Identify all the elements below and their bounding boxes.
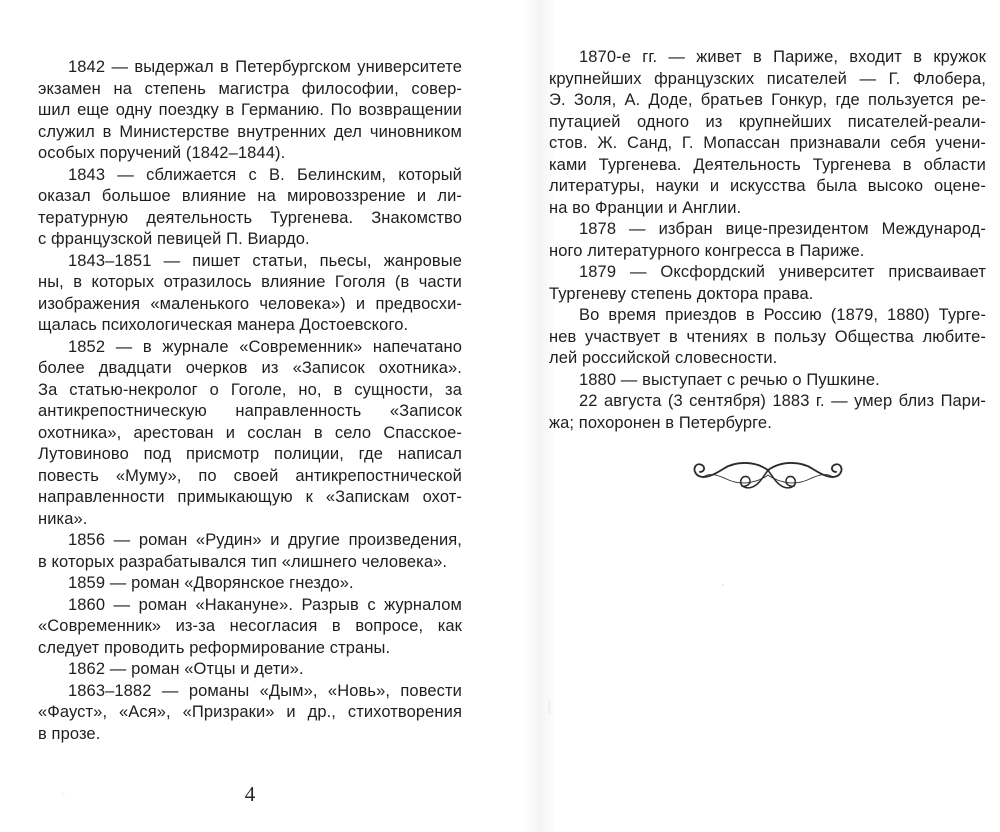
paragraph: 1860 — роман «Накануне». Разрыв с журнал… <box>38 595 462 660</box>
text-line: жа; похоронен в Петербурге. <box>549 413 986 435</box>
text-line: Во время приездов в Россию (1879, 1880) … <box>549 305 986 327</box>
paragraph: 1862 — роман «Отцы и дети». <box>38 659 462 681</box>
book-spread-scan: 1842 — выдержал в Петербургском универси… <box>0 0 1000 832</box>
text-line: ны, в которых отразилось влияние Гоголя … <box>38 272 462 294</box>
paragraph: 1880 — выступает с речью о Пушкине. <box>549 370 986 392</box>
text-line: литературы, науки и искусства была высок… <box>549 176 986 198</box>
text-line: путацией одного из крупнейших писателей-… <box>549 112 986 134</box>
text-line: лей российской словесности. <box>549 348 986 370</box>
text-line: более двадцати очерков из «Записок охотн… <box>38 358 462 380</box>
text-line: следует проводить реформирование страны. <box>38 638 462 660</box>
text-line: на во Франции и Англии. <box>549 198 986 220</box>
text-line: ками Тургенева. Деятельность Тургенева в… <box>549 155 986 177</box>
text-line: ного литературного конгресса в Париже. <box>549 241 986 263</box>
text-line: ника». <box>38 509 462 531</box>
text-line: крупнейших французских писателей — Г. Фл… <box>549 69 986 91</box>
text-line: Лутовиново под присмотр полиции, где нап… <box>38 444 462 466</box>
left-page-text: 1842 — выдержал в Петербургском универси… <box>38 57 462 745</box>
text-line: 1843–1851 — пишет статьи, пьесы, жанровы… <box>38 251 462 273</box>
right-page-text: 1870-е гг. — живет в Париже, входит в кр… <box>549 47 986 434</box>
text-line: экзамен на степень магистра философии, с… <box>38 79 462 101</box>
text-line: изображения «маленького человека») и пре… <box>38 294 462 316</box>
text-line: в прозе. <box>38 724 462 746</box>
text-line: 1879 — Оксфордский университет присваива… <box>549 262 986 284</box>
text-line: 1843 — сближается с В. Белинским, которы… <box>38 165 462 187</box>
scan-speck <box>722 584 724 586</box>
text-line: тературную деятельность Тургенева. Знако… <box>38 208 462 230</box>
paragraph: 1852 — в журнале «Современник» напечатан… <box>38 337 462 531</box>
text-line: щалась психологическая манера Достоевско… <box>38 315 462 337</box>
text-line: антикрепостническую направленность «Запи… <box>38 401 462 423</box>
text-line: особых поручений (1842–1844). <box>38 143 462 165</box>
text-line: Тургеневу степень доктора права. <box>549 284 986 306</box>
text-line: нев участвует в чтениях в пользу Обществ… <box>549 327 986 349</box>
text-line: «Фауст», «Ася», «Призраки» и др., стихот… <box>38 702 462 724</box>
text-line: в которых разрабатывался тип «лишнего че… <box>38 552 462 574</box>
text-line: 1860 — роман «Накануне». Разрыв с журнал… <box>38 595 462 617</box>
paragraph: 1843–1851 — пишет статьи, пьесы, жанровы… <box>38 251 462 337</box>
text-line: стов. Ж. Санд, Г. Мопассан признавали се… <box>549 133 986 155</box>
text-line: 1863–1882 — романы «Дым», «Новь», повест… <box>38 681 462 703</box>
text-line: За статью-некролог о Гоголе, но, в сущно… <box>38 380 462 402</box>
text-line: «Современник» из-за несогласия в вопросе… <box>38 616 462 638</box>
text-line: 22 августа (3 сентября) 1883 г. — умер б… <box>549 391 986 413</box>
paragraph: 1842 — выдержал в Петербургском универси… <box>38 57 462 165</box>
text-line: 1852 — в журнале «Современник» напечатан… <box>38 337 462 359</box>
paragraph: 1863–1882 — романы «Дым», «Новь», повест… <box>38 681 462 746</box>
paragraph: 22 августа (3 сентября) 1883 г. — умер б… <box>549 391 986 434</box>
text-line: 1842 — выдержал в Петербургском универси… <box>38 57 462 79</box>
text-line: 1880 — выступает с речью о Пушкине. <box>549 370 986 392</box>
paragraph: 1878 — избран вице-президентом Междунаро… <box>549 219 986 262</box>
text-line: 1862 — роман «Отцы и дети». <box>38 659 462 681</box>
text-line: служил в Министерстве внутренних дел чин… <box>38 122 462 144</box>
page-number: 4 <box>38 782 462 807</box>
text-line: 1870-е гг. — живет в Париже, входит в кр… <box>549 47 986 69</box>
text-line: охотника», арестован и сослан в село Спа… <box>38 423 462 445</box>
paragraph: 1859 — роман «Дворянское гнездо». <box>38 573 462 595</box>
paragraph: 1870-е гг. — живет в Париже, входит в кр… <box>549 47 986 219</box>
flourish-divider-icon <box>686 457 850 495</box>
paragraph: 1856 — роман «Рудин» и другие произведен… <box>38 530 462 573</box>
paragraph: 1879 — Оксфордский университет присваива… <box>549 262 986 305</box>
scan-smudge <box>548 700 551 714</box>
text-line: шил еще одну поездку в Германию. По возв… <box>38 100 462 122</box>
text-line: 1856 — роман «Рудин» и другие произведен… <box>38 530 462 552</box>
text-line: 1878 — избран вице-президентом Междунаро… <box>549 219 986 241</box>
scan-speck <box>62 793 65 795</box>
paragraph: Во время приездов в Россию (1879, 1880) … <box>549 305 986 370</box>
paragraph: 1843 — сближается с В. Белинским, которы… <box>38 165 462 251</box>
text-line: 1859 — роман «Дворянское гнездо». <box>38 573 462 595</box>
text-line: оказал большое влияние на мировоззрение … <box>38 186 462 208</box>
text-line: Э. Золя, А. Доде, братьев Гонкур, где по… <box>549 90 986 112</box>
text-line: направленности примыкающую к «Запискам о… <box>38 487 462 509</box>
text-line: повесть «Муму», по своей антикрепостниче… <box>38 466 462 488</box>
text-line: с французской певицей П. Виардо. <box>38 229 462 251</box>
